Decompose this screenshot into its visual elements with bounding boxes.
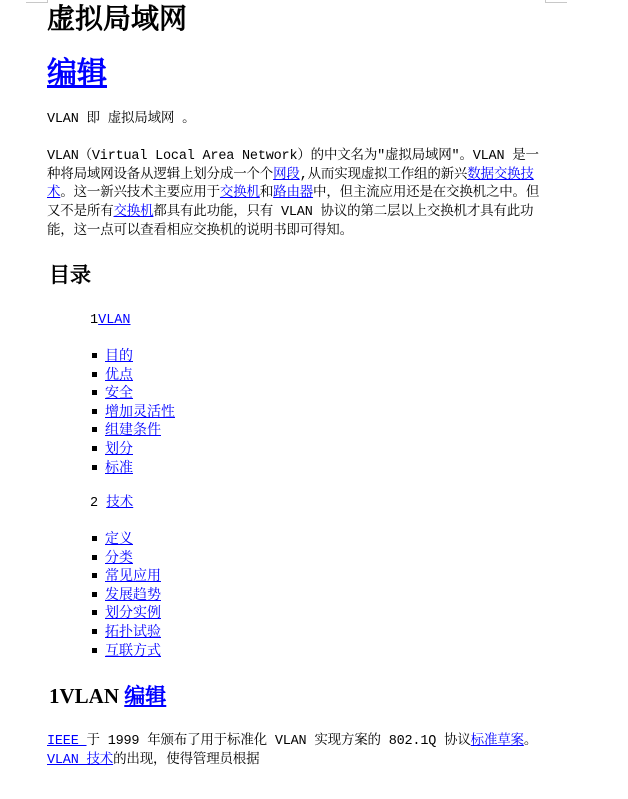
toc-list-item: 互联方式 [92, 641, 161, 660]
section-1-edit-link[interactable]: 编辑 [124, 684, 166, 708]
inline-link[interactable]: 路由器 [273, 186, 313, 201]
bullet-icon [92, 409, 97, 414]
bullet-icon [92, 610, 97, 615]
toc-item-link[interactable]: 划分实例 [105, 604, 161, 620]
bullet-icon [92, 629, 97, 634]
toc-section-2-heading: 2 技术 [90, 495, 133, 513]
inline-link[interactable]: IEEE [47, 734, 87, 749]
bullet-icon [92, 536, 97, 541]
toc-list-item: 发展趋势 [92, 585, 161, 604]
toc-list-item: 组建条件 [92, 420, 175, 439]
toc-list-item: 优点 [92, 365, 175, 384]
bullet-icon [92, 353, 97, 358]
toc-item-link[interactable]: 划分 [105, 440, 133, 456]
toc-item-link[interactable]: 定义 [105, 530, 133, 546]
toc-section-number: 1 [90, 313, 98, 328]
toc-list-item: 增加灵活性 [92, 402, 175, 421]
bullet-icon [92, 446, 97, 451]
edit-link[interactable]: 编辑 [47, 57, 107, 90]
section-1-paragraph: IEEE 于 1999 年颁布了用于标准化 VLAN 实现方案的 802.1Q … [47, 733, 547, 770]
toc-section-1-list: 目的优点安全增加灵活性组建条件划分标准 [92, 346, 175, 476]
toc-section-number: 2 [90, 496, 106, 511]
inline-link[interactable]: 标准草案 [471, 734, 524, 749]
intro-paragraph: VLAN 即 虚拟局域网 。 [47, 111, 547, 130]
inline-text: 和 [260, 186, 273, 201]
section-1-heading: 1VLAN 编辑 [49, 683, 166, 709]
bullet-icon [92, 573, 97, 578]
toc-item-link[interactable]: 拓扑试验 [105, 623, 161, 639]
inline-text: ,从而实现虚拟工作组的新兴 [300, 168, 468, 183]
toc-item-link[interactable]: 优点 [105, 366, 133, 382]
toc-list-item: 划分实例 [92, 603, 161, 622]
page-corner-mark-left [26, 0, 48, 3]
bullet-icon [92, 427, 97, 432]
toc-list-item: 拓扑试验 [92, 622, 161, 641]
inline-text: 于 1999 年颁布了用于标准化 VLAN 实现方案的 802.1Q 协议 [87, 734, 471, 749]
toc-list-item: 分类 [92, 548, 161, 567]
edit-heading: 编辑 [47, 55, 107, 93]
toc-list-item: 划分 [92, 439, 175, 458]
toc-item-link[interactable]: 组建条件 [105, 421, 161, 437]
toc-item-link[interactable]: 发展趋势 [105, 586, 161, 602]
toc-item-link[interactable]: 分类 [105, 549, 133, 565]
bullet-icon [92, 372, 97, 377]
inline-text: 。这一新兴技术主要应用于 [60, 186, 220, 201]
toc-section-1-heading: 1VLAN [90, 312, 131, 330]
page-title: 虚拟局域网 [47, 3, 187, 37]
bullet-icon [92, 555, 97, 560]
toc-list-item: 标准 [92, 458, 175, 477]
inline-link[interactable]: 网段 [273, 168, 300, 183]
bullet-icon [92, 648, 97, 653]
page-corner-mark-right [545, 0, 567, 3]
toc-section-2-list: 定义分类常见应用发展趋势划分实例拓扑试验互联方式 [92, 529, 161, 659]
inline-link[interactable]: 交换机 [220, 186, 260, 201]
bullet-icon [92, 592, 97, 597]
toc-list-item: 目的 [92, 346, 175, 365]
toc-list-item: 定义 [92, 529, 161, 548]
toc-item-link[interactable]: 标准 [105, 459, 133, 475]
toc-section-link-vlan[interactable]: VLAN [98, 313, 130, 328]
toc-list-item: 安全 [92, 383, 175, 402]
toc-item-link[interactable]: 常见应用 [105, 567, 161, 583]
toc-section-link-tech[interactable]: 技术 [106, 496, 133, 511]
description-paragraph: VLAN（Virtual Local Area Network）的中文名为"虚拟… [47, 148, 547, 242]
toc-item-link[interactable]: 安全 [105, 384, 133, 400]
toc-item-link[interactable]: 增加灵活性 [105, 403, 175, 419]
toc-item-link[interactable]: 目的 [105, 347, 133, 363]
inline-link[interactable]: VLAN 技术 [47, 753, 113, 768]
inline-text: 的出现，使得管理员根据 [113, 753, 259, 768]
bullet-icon [92, 390, 97, 395]
toc-heading: 目录 [49, 262, 91, 288]
inline-text: 。 [524, 734, 537, 749]
bullet-icon [92, 465, 97, 470]
inline-link[interactable]: 交换机 [114, 205, 154, 220]
toc-item-link[interactable]: 互联方式 [105, 642, 161, 658]
section-1-title: 1VLAN [49, 684, 119, 708]
toc-list-item: 常见应用 [92, 566, 161, 585]
